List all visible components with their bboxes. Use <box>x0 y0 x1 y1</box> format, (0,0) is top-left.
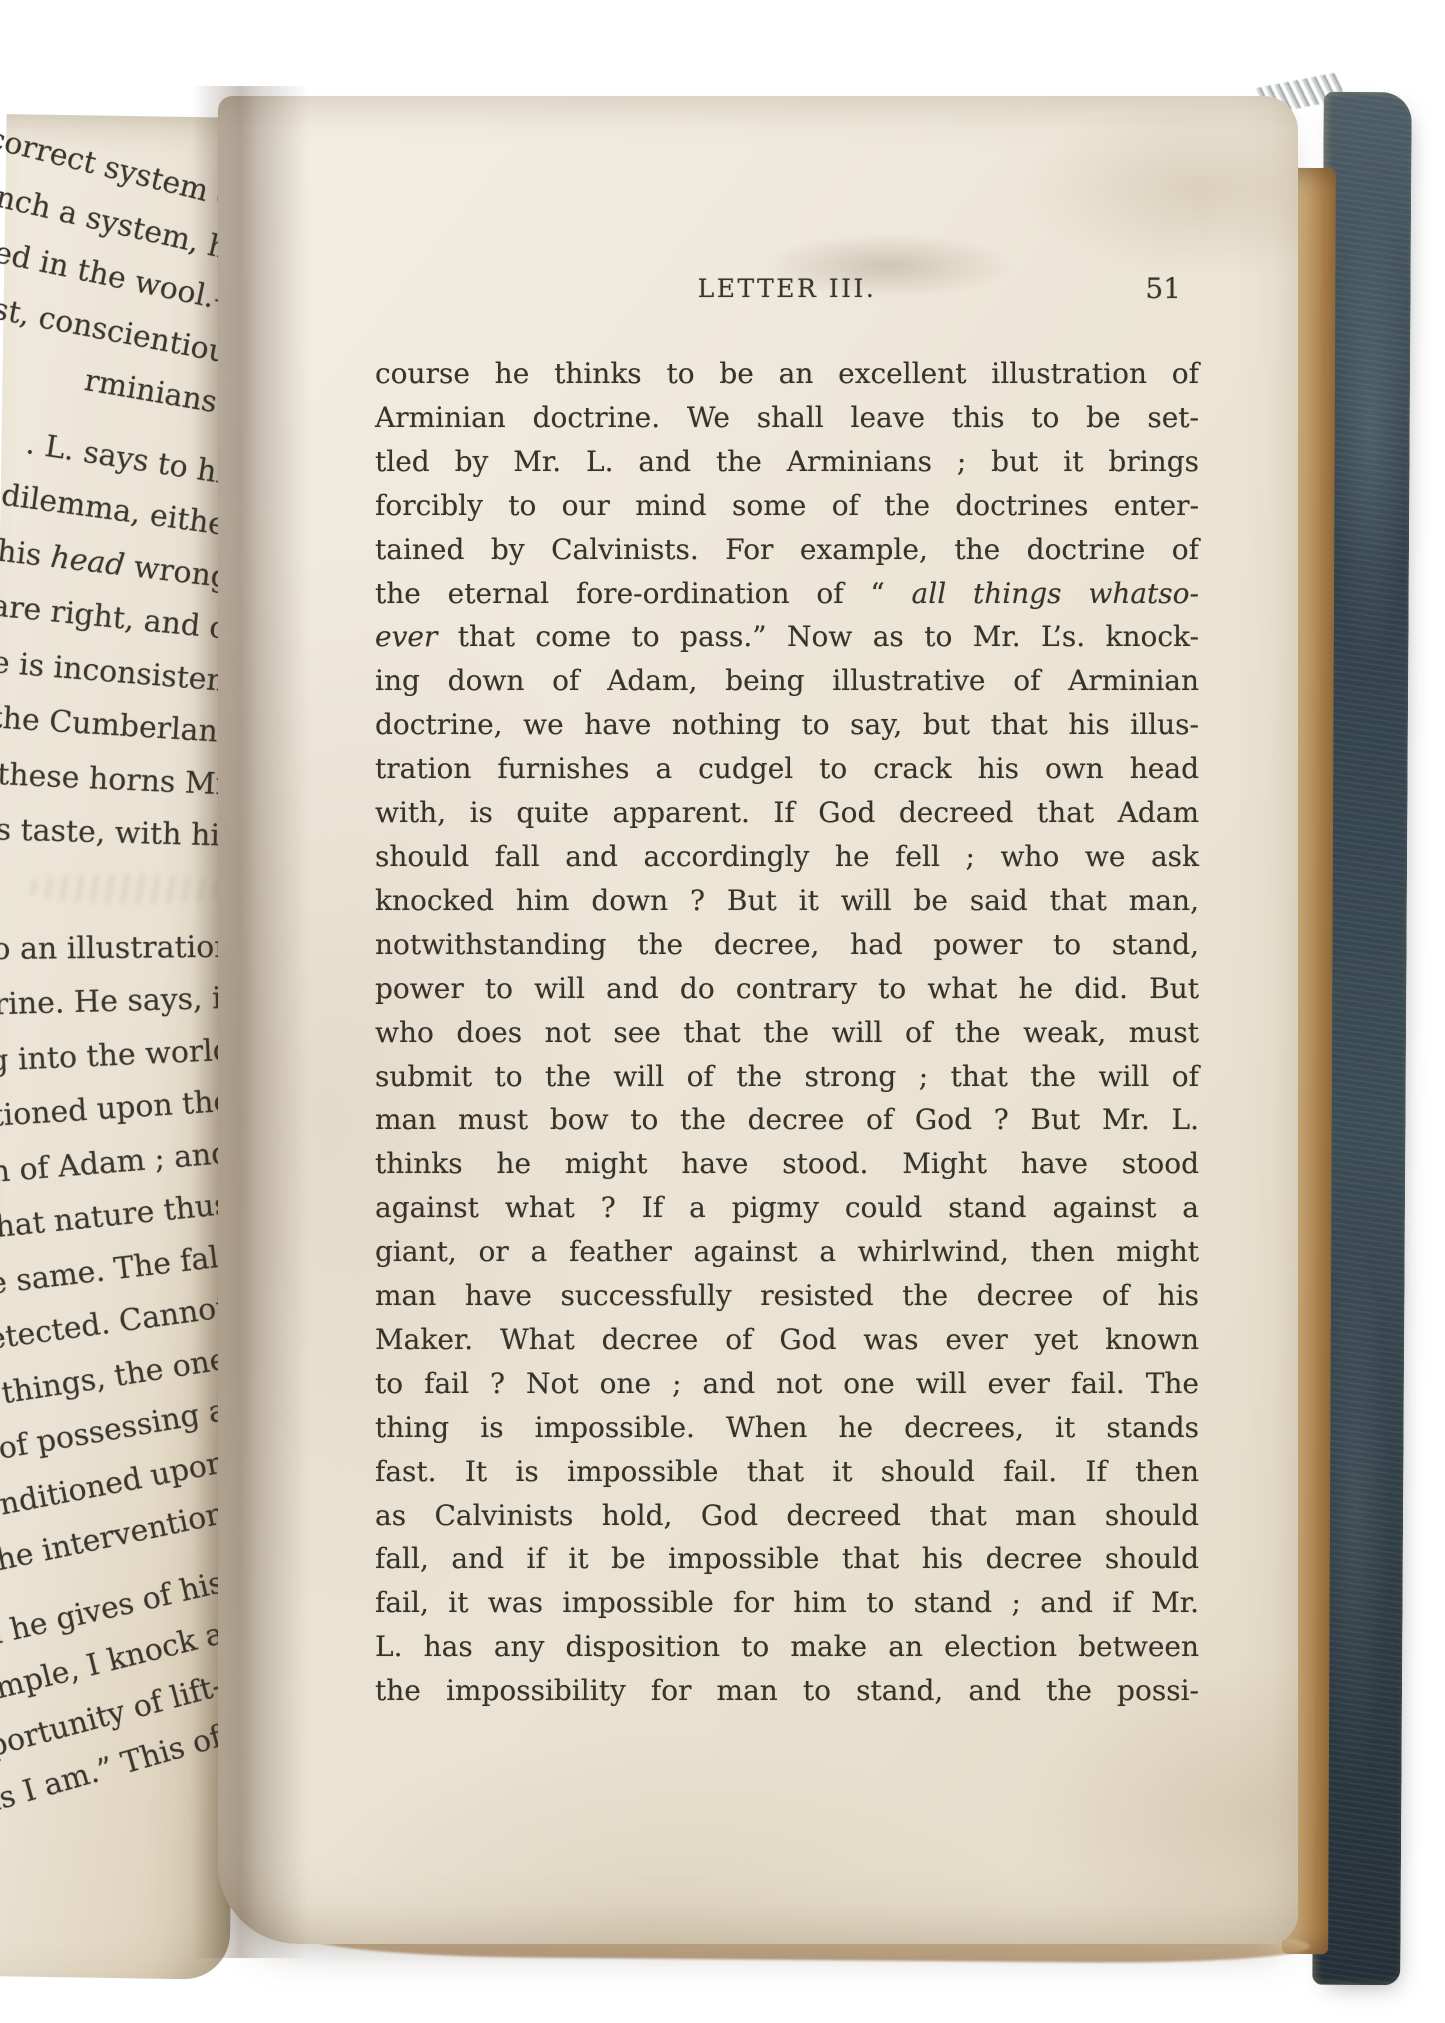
text-segment: thinks he might have stood. Might have s… <box>375 1147 1199 1180</box>
text-segment: knocked him down ? But it will be said t… <box>375 884 1199 917</box>
text-line: against what ? If a pigmy could stand ag… <box>375 1186 1199 1230</box>
faded-script-smudge <box>19 872 234 904</box>
text-line: man have successfully resisted the decre… <box>375 1274 1199 1318</box>
text-line: knocked him down ? But it will be said t… <box>375 879 1199 923</box>
text-line: course he thinks to be an excellent illu… <box>375 352 1199 396</box>
text-segment: course he thinks to be an excellent illu… <box>375 357 1199 390</box>
text-line: Maker. What decree of God was ever yet k… <box>375 1318 1199 1362</box>
text-line: Arminian doctrine. We shall leave this t… <box>375 396 1199 440</box>
left-page-text: correct system ofnch a system, heed in t… <box>0 169 246 1762</box>
text-segment: fast. It is impossible that it should fa… <box>375 1455 1199 1488</box>
text-segment: man must bow to the decree of God ? But … <box>375 1103 1199 1136</box>
text-segment: giant, or a feather against a whirlwind,… <box>375 1235 1199 1268</box>
text-line: as Calvinists hold, God decreed that man… <box>375 1494 1199 1538</box>
text-line: fast. It is impossible that it should fa… <box>375 1450 1199 1494</box>
text-line: fall, and if it be impossible that his d… <box>375 1537 1199 1581</box>
page-header: LETTER III. 51 <box>375 274 1199 314</box>
text-segment: ing down of Adam, being illustrative of … <box>375 664 1199 697</box>
text-line: to fail ? Not one ; and not one will eve… <box>375 1362 1199 1406</box>
text-segment: ng into the world <box>0 1032 233 1079</box>
text-line: the impossibility for man to stand, and … <box>375 1669 1199 1713</box>
text-segment: the Cumberland <box>0 700 238 750</box>
text-line: thing is impossible. When he decrees, it… <box>375 1406 1199 1450</box>
text-segment: as Calvinists hold, God decreed that man… <box>375 1499 1199 1532</box>
book-photograph: correct system ofnch a system, heed in t… <box>0 0 1445 2023</box>
text-line: power to will and do contrary to what he… <box>375 967 1199 1011</box>
text-segment: the impossibility for man to stand, and … <box>375 1674 1199 1707</box>
text-line: tration furnishes a cudgel to crack his … <box>375 747 1199 791</box>
text-segment: Maker. What decree of God was ever yet k… <box>375 1323 1199 1356</box>
italic-text-segment: ever <box>375 620 437 653</box>
text-segment: fall, and if it be impossible that his d… <box>375 1542 1199 1575</box>
text-segment: L. has any disposition to make an electi… <box>375 1630 1199 1663</box>
text-line: thinks he might have stood. Might have s… <box>375 1142 1199 1186</box>
text-segment: should fall and accordingly he fell ; wh… <box>375 840 1199 873</box>
text-segment: to fail ? Not one ; and not one will eve… <box>375 1367 1199 1400</box>
text-segment: thing is impossible. When he decrees, it… <box>375 1411 1199 1444</box>
text-segment: doctrine, we have nothing to say, but th… <box>375 708 1199 741</box>
text-line: tained by Calvinists. For example, the d… <box>375 528 1199 572</box>
text-segment: power to will and do contrary to what he… <box>375 972 1199 1005</box>
text-segment: that come to pass.” Now as to Mr. L’s. k… <box>437 620 1199 653</box>
right-page: LETTER III. 51 course he thinks to be an… <box>218 96 1298 1944</box>
page-number: 51 <box>1145 272 1181 305</box>
text-line: to an illustration <box>0 921 234 976</box>
text-line: ing down of Adam, being illustrative of … <box>375 659 1199 703</box>
text-segment: the eternal fore-ordination of “ <box>375 577 912 610</box>
text-segment: tained by Calvinists. For example, the d… <box>375 533 1199 566</box>
text-segment: Arminian doctrine. We shall leave this t… <box>375 401 1199 434</box>
text-segment: man have successfully resisted the decre… <box>375 1279 1199 1312</box>
text-line: man must bow to the decree of God ? But … <box>375 1098 1199 1142</box>
text-line: tled by Mr. L. and the Arminians ; but i… <box>375 440 1199 484</box>
italic-text-segment: all things whatso- <box>912 577 1199 610</box>
text-line: giant, or a feather against a whirlwind,… <box>375 1230 1199 1274</box>
text-line: ever that come to pass.” Now as to Mr. L… <box>375 615 1199 659</box>
text-segment: with, is quite apparent. If God decreed … <box>375 796 1199 829</box>
text-segment: who does not see that the will of the we… <box>375 1016 1199 1049</box>
text-segment: forcibly to our mind some of the doctrin… <box>375 489 1199 522</box>
text-line: with, is quite apparent. If God decreed … <box>375 791 1199 835</box>
text-segment: tration furnishes a cudgel to crack his … <box>375 752 1199 785</box>
text-segment: to an illustration <box>0 929 234 966</box>
text-segment: ditioned upon the <box>0 1084 232 1136</box>
text-line: should fall and accordingly he fell ; wh… <box>375 835 1199 879</box>
text-segment: against what ? If a pigmy could stand ag… <box>375 1191 1199 1224</box>
text-segment: tled by Mr. L. and the Arminians ; but i… <box>375 445 1199 478</box>
running-title: LETTER III. <box>375 274 1199 303</box>
right-page-body: course he thinks to be an excellent illu… <box>375 352 1199 1713</box>
text-segment: submit to the will of the strong ; that … <box>375 1060 1199 1093</box>
text-segment: notwithstanding the decree, had power to… <box>375 928 1199 961</box>
text-line: who does not see that the will of the we… <box>375 1011 1199 1055</box>
text-segment: these horns Mr. <box>0 757 237 803</box>
italic-text-segment: head <box>49 539 127 582</box>
text-segment: rine. He says, if <box>0 981 233 1022</box>
text-line: L. has any disposition to make an electi… <box>375 1625 1199 1669</box>
text-line: doctrine, we have nothing to say, but th… <box>375 703 1199 747</box>
text-line: forcibly to our mind some of the doctrin… <box>375 484 1199 528</box>
text-line: notwithstanding the decree, had power to… <box>375 923 1199 967</box>
text-segment: fail, it was impossible for him to stand… <box>375 1586 1199 1619</box>
text-segment: his taste, with his <box>0 812 236 854</box>
text-line: fail, it was impossible for him to stand… <box>375 1581 1199 1625</box>
text-segment: his <box>0 533 53 574</box>
text-line: submit to the will of the strong ; that … <box>375 1055 1199 1099</box>
text-line: the eternal fore-ordination of “ all thi… <box>375 572 1199 616</box>
